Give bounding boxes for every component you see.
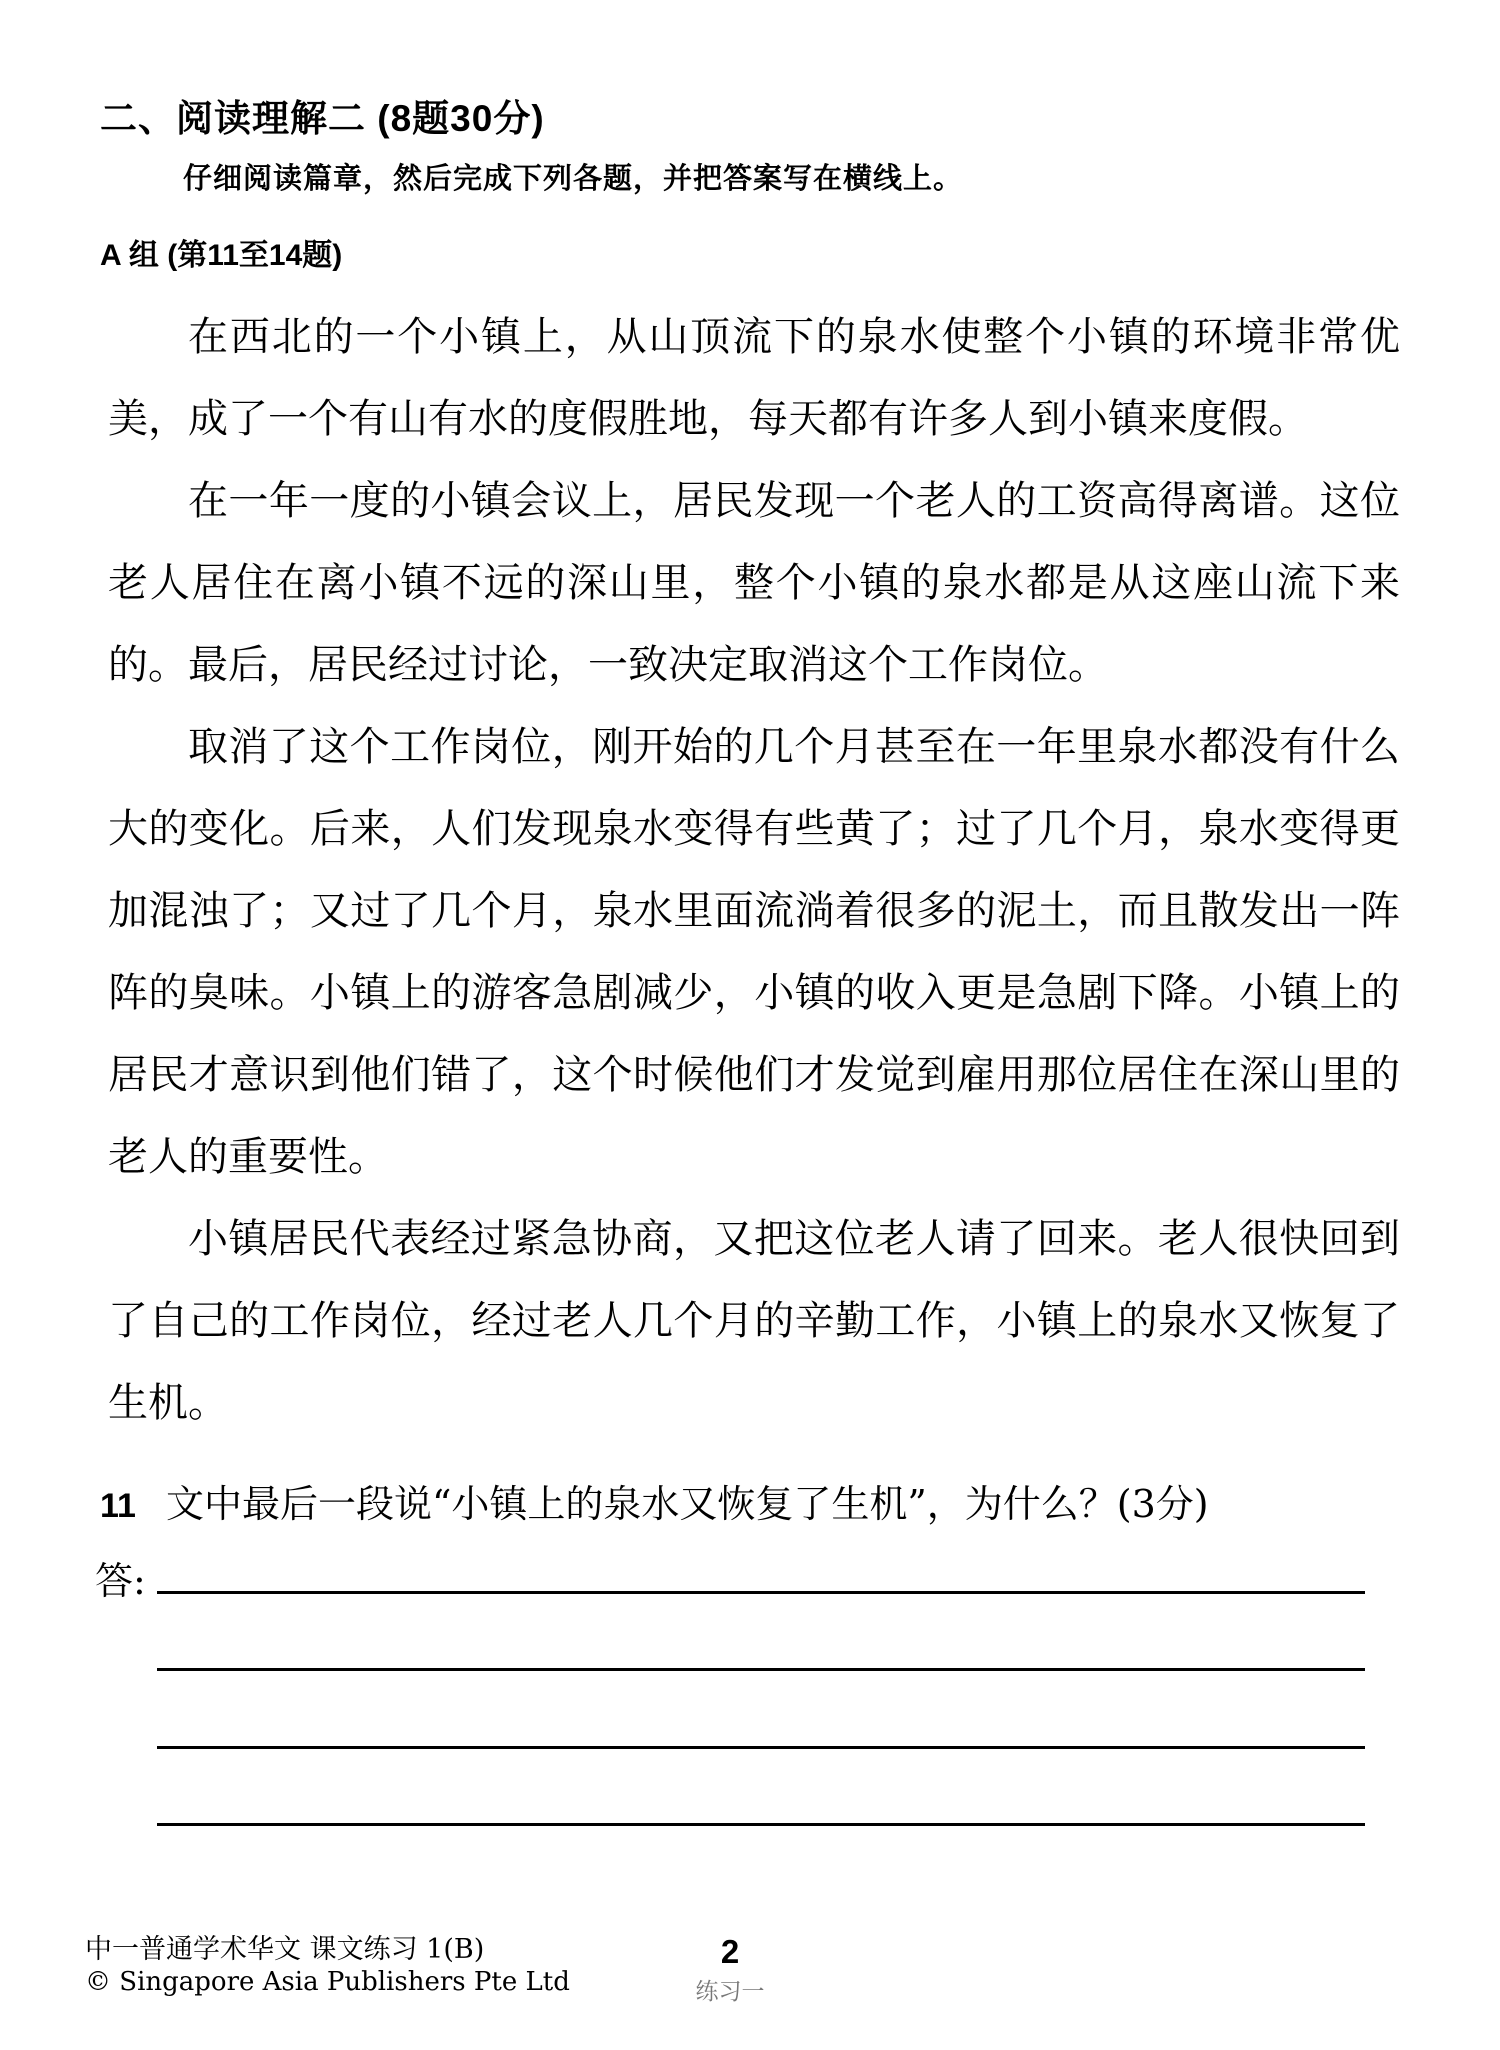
passage-paragraph-2: 在一年一度的小镇会议上，居民发现一个老人的工资高得离谱。这位老人居住在离小镇不远… [108, 460, 1400, 706]
passage-paragraph-3: 取消了这个工作岗位，刚开始的几个月甚至在一年里泉水都没有什么大的变化。后来，人们… [108, 706, 1400, 1198]
answer-line-1[interactable] [157, 1591, 1365, 1594]
question-11: 11文中最后一段说“小镇上的泉水又恢复了生机”，为什么？(3分) [100, 1478, 1410, 1532]
answer-label: 答: [95, 1550, 146, 1605]
footer-center: 2 练习一 [660, 1933, 800, 2006]
reading-passage: 在西北的一个小镇上，从山顶流下的泉水使整个小镇的环境非常优美，成了一个有山有水的… [108, 296, 1400, 1444]
answer-line-4[interactable] [157, 1823, 1365, 1826]
instruction-text: 仔细阅读篇章，然后完成下列各题，并把答案写在横线上。 [183, 156, 963, 197]
footer-book-title: 中一普通学术华文 课文练习 1(B) [85, 1933, 570, 1966]
question-text: 文中最后一段说“小镇上的泉水又恢复了生机”，为什么？(3分) [166, 1482, 1209, 1526]
page-number: 2 [660, 1933, 800, 1971]
footer-left: 中一普通学术华文 课文练习 1(B) © Singapore Asia Publ… [85, 1933, 570, 1999]
question-number: 11 [100, 1487, 136, 1525]
worksheet-page: 二、阅读理解二 (8题30分) 仔细阅读篇章，然后完成下列各题，并把答案写在横线… [0, 0, 1500, 2050]
passage-paragraph-4: 小镇居民代表经过紧急协商，又把这位老人请了回来。老人很快回到了自己的工作岗位，经… [108, 1198, 1400, 1444]
footer-copyright: © Singapore Asia Publishers Pte Ltd [85, 1966, 570, 1999]
exercise-label: 练习一 [660, 1973, 800, 2006]
answer-line-3[interactable] [157, 1746, 1365, 1749]
answer-line-2[interactable] [157, 1668, 1365, 1671]
passage-paragraph-1: 在西北的一个小镇上，从山顶流下的泉水使整个小镇的环境非常优美，成了一个有山有水的… [108, 296, 1400, 460]
section-title: 二、阅读理解二 (8题30分) [100, 88, 545, 142]
group-heading: A 组 (第11至14题) [100, 230, 342, 274]
